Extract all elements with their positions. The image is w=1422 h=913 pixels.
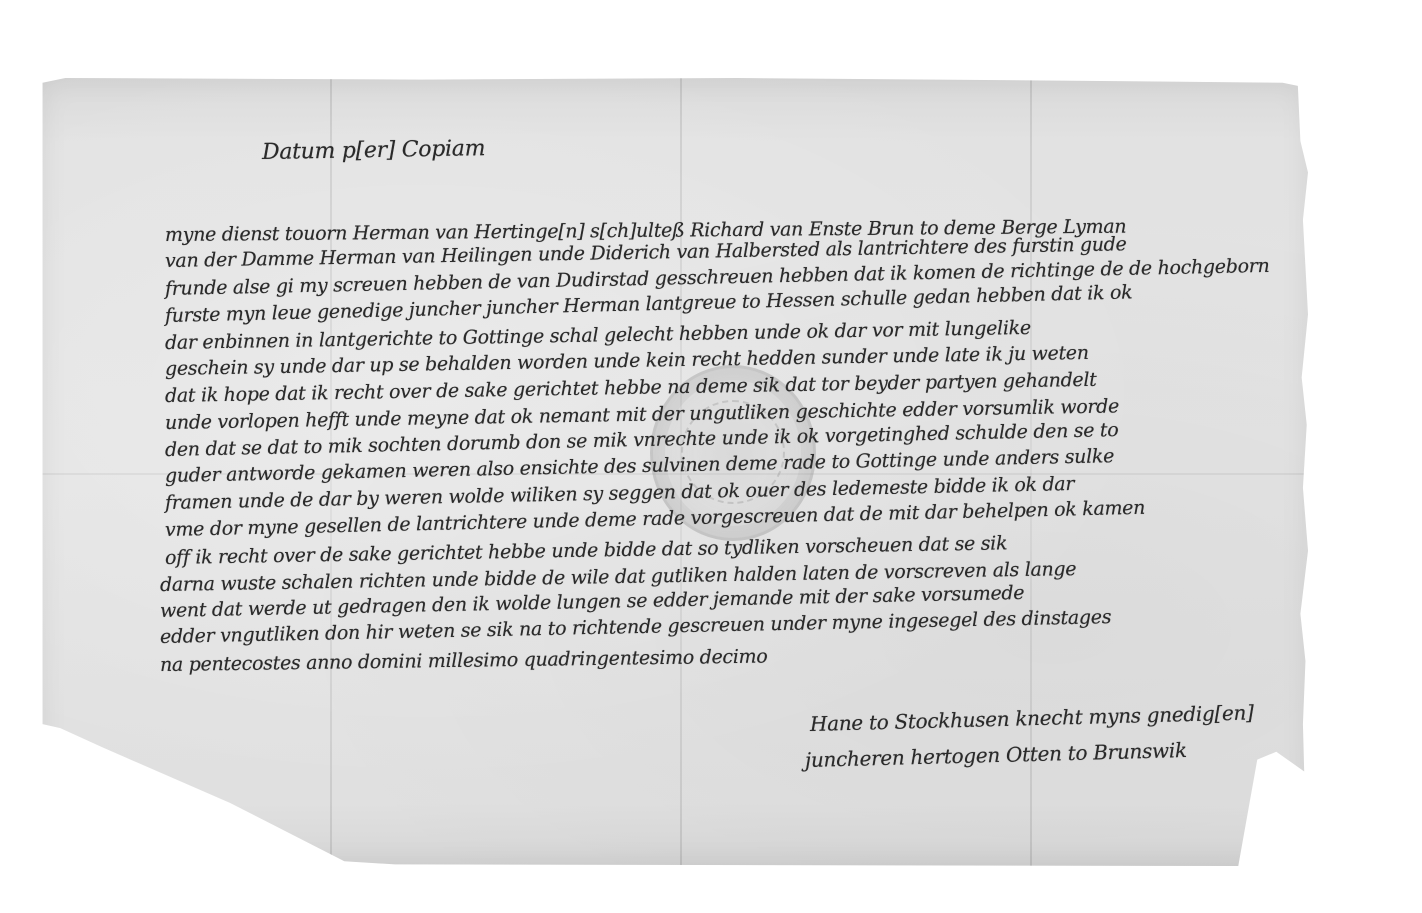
document-heading: Datum p[er] Copiam (262, 136, 486, 165)
scan-canvas: Datum p[er] Copiam myne dienst touorn He… (0, 0, 1422, 913)
